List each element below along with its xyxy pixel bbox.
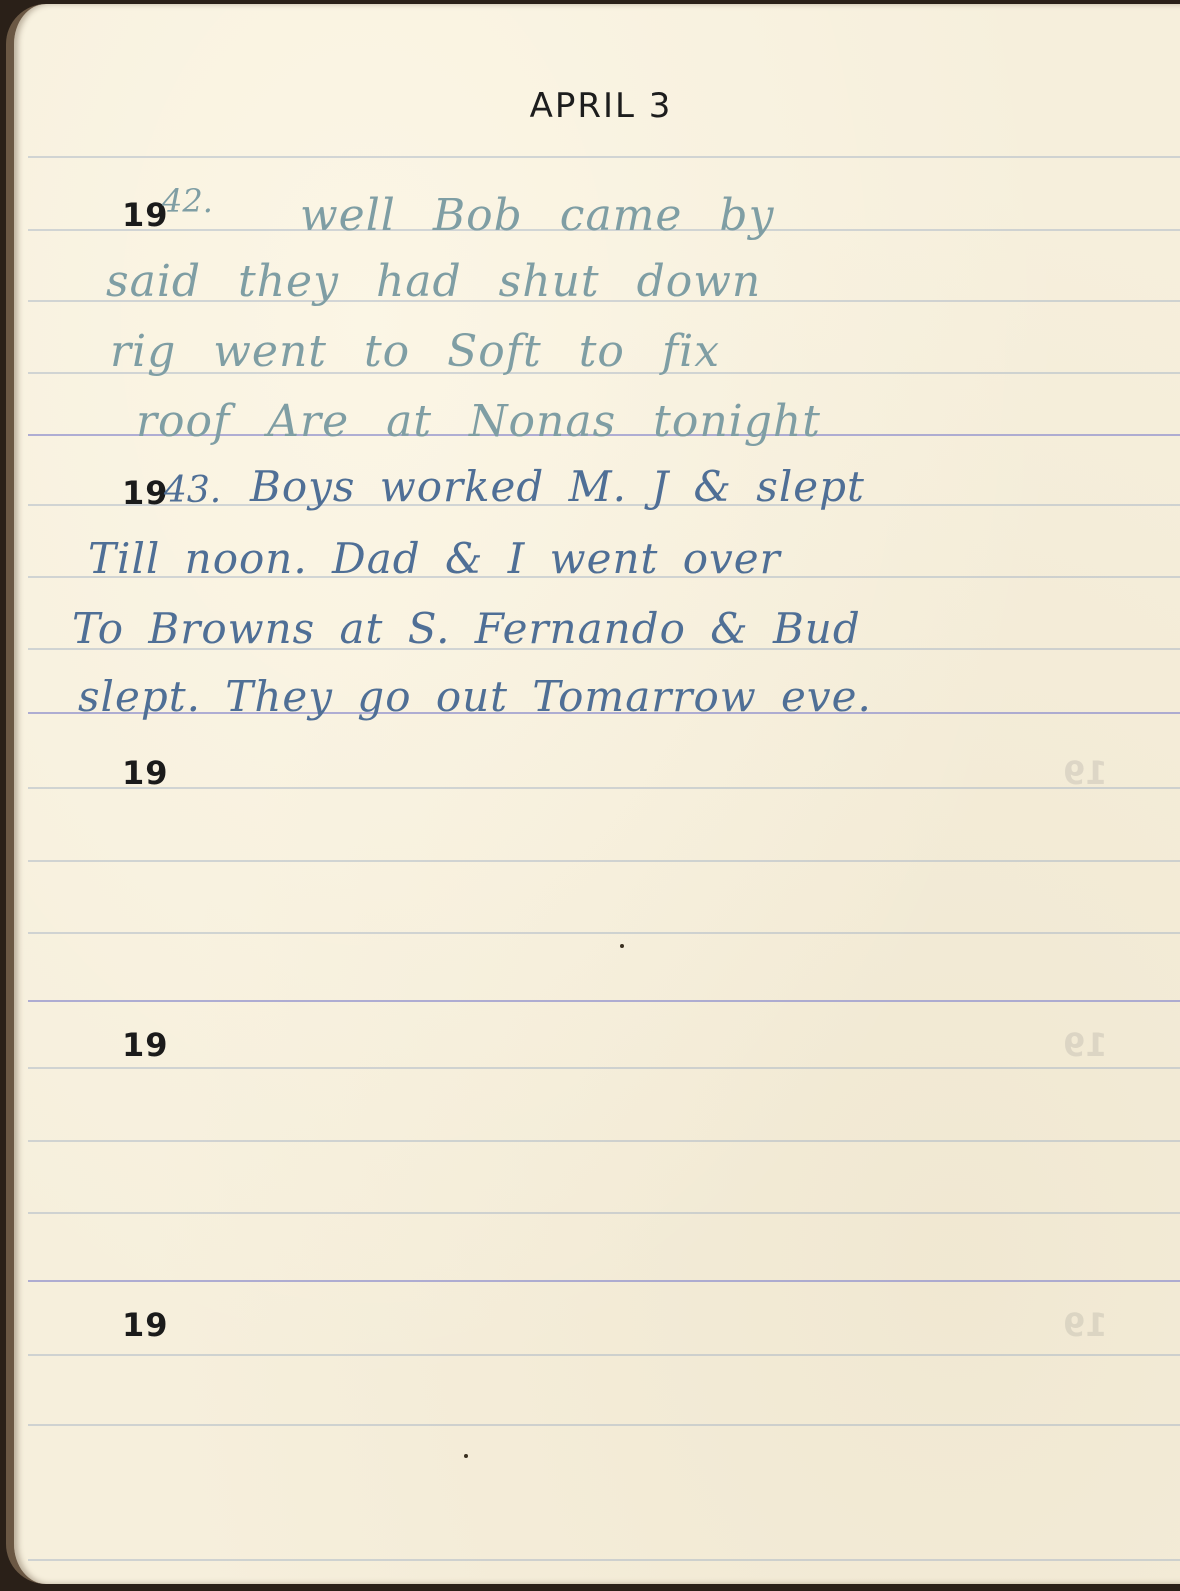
section-divider xyxy=(28,1280,1180,1282)
bleed-through-number: 19 xyxy=(1063,1306,1108,1344)
section-divider xyxy=(28,1000,1180,1002)
year-label-empty-3: 19 xyxy=(122,1306,169,1344)
ruled-line xyxy=(28,156,1180,158)
entry-1943-line-2: Till noon. Dad & I went over xyxy=(88,534,781,583)
ruled-line xyxy=(28,1354,1180,1356)
entry-1943-line-4: slept. They go out Tomarrow eve. xyxy=(78,672,872,721)
diary-page: APRIL 3 19 42. well Bob came by said the… xyxy=(6,4,1180,1584)
entry-1943-line-1: Boys worked M. J & slept xyxy=(250,462,865,511)
year-suffix-1943: 43. xyxy=(164,470,221,511)
ruled-line xyxy=(28,1212,1180,1214)
entry-1942-line-3: rig went to Soft to fix xyxy=(110,326,720,377)
year-label-empty-2: 19 xyxy=(122,1026,169,1064)
paper-speck xyxy=(464,1454,468,1458)
entry-1942-line-4: roof Are at Nonas tonight xyxy=(136,396,821,447)
entry-1943-line-3: To Browns at S. Fernando & Bud xyxy=(72,604,861,653)
year-label-empty-1: 19 xyxy=(122,754,169,792)
year-suffix-1942: 42. xyxy=(162,182,213,220)
bleed-through-number: 19 xyxy=(1063,754,1108,792)
ruled-line xyxy=(28,787,1180,789)
paper-speck xyxy=(620,944,624,948)
entry-1942-line-1: well Bob came by xyxy=(300,190,774,241)
year-prefix: 19 xyxy=(122,474,169,512)
ruled-line xyxy=(28,1559,1180,1561)
ruled-line xyxy=(28,860,1180,862)
ruled-line xyxy=(28,932,1180,934)
page-date-header: APRIL 3 xyxy=(14,86,1180,126)
bleed-through-number: 19 xyxy=(1063,1026,1108,1064)
year-label-1943: 19 xyxy=(122,474,169,512)
ruled-line xyxy=(28,1424,1180,1426)
entry-1942-line-2: said they had shut down xyxy=(106,256,761,307)
ruled-line xyxy=(28,1140,1180,1142)
ruled-line xyxy=(28,1067,1180,1069)
